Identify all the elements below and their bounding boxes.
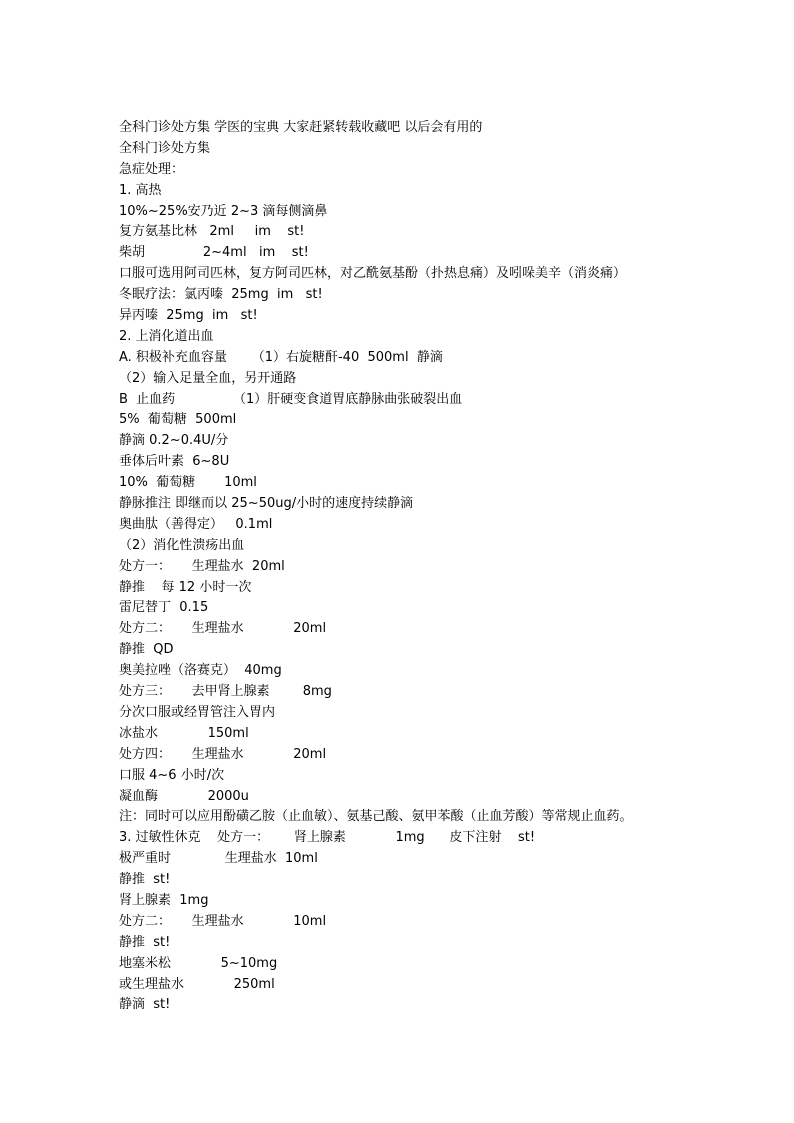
- text-line: 10%~25%安乃近 2~3 滴每侧滴鼻: [119, 202, 719, 223]
- text-line: 柴胡 2~4ml im st!: [119, 243, 719, 264]
- text-line: 地塞米松 5~10mg: [119, 954, 719, 975]
- text-line: 异丙嗪 25mg im st!: [119, 306, 719, 327]
- text-line: 垂体后叶素 6~8U: [119, 452, 719, 473]
- text-line: 处方二： 生理盐水 10ml: [119, 912, 719, 933]
- text-line: 处方二： 生理盐水 20ml: [119, 619, 719, 640]
- text-line: （2）输入足量全血，另开通路: [119, 369, 719, 390]
- text-line: 冰盐水 150ml: [119, 724, 719, 745]
- note-line: 注：同时可以应用酚磺乙胺（止血敏）、氨基己酸、氨甲苯酸（止血芳酸）等常规止血药。: [119, 807, 719, 828]
- text-line: 5% 葡萄糖 500ml: [119, 410, 719, 431]
- text-line: 口服可选用阿司匹林，复方阿司匹林，对乙酰氨基酚（扑热息痛）及吲哚美辛（消炎痛）: [119, 264, 719, 285]
- text-line: 静推 每 12 小时一次: [119, 578, 719, 599]
- text-line: B 止血药 （1）肝硬变食道胃底静脉曲张破裂出血: [119, 390, 719, 411]
- subsection-heading-high-fever: 1. 高热: [119, 181, 719, 202]
- document-subtitle: 全科门诊处方集: [119, 139, 719, 160]
- text-line: 分次口服或经胃管注入胃内: [119, 703, 719, 724]
- text-line: 凝血酶 2000u: [119, 787, 719, 808]
- subsection-heading-anaphylactic-shock: 3. 过敏性休克 处方一： 肾上腺素 1mg 皮下注射 st!: [119, 828, 719, 849]
- text-line: 静脉推注 即继而以 25~50ug/小时的速度持续静滴: [119, 494, 719, 515]
- text-line: 口服 4~6 小时/次: [119, 766, 719, 787]
- document-title-line: 全科门诊处方集 学医的宝典 大家赶紧转载收藏吧 以后会有用的: [119, 118, 719, 139]
- document-page: 全科门诊处方集 学医的宝典 大家赶紧转载收藏吧 以后会有用的 全科门诊处方集 急…: [119, 118, 719, 1016]
- text-line: 冬眠疗法：氯丙嗪 25mg im st!: [119, 285, 719, 306]
- text-line: 奥曲肽（善得定） 0.1ml: [119, 515, 719, 536]
- text-line: 雷尼替丁 0.15: [119, 598, 719, 619]
- subsection-heading-gi-bleeding: 2. 上消化道出血: [119, 327, 719, 348]
- section-heading-emergency: 急症处理：: [119, 160, 719, 181]
- text-line: 10% 葡萄糖 10ml: [119, 473, 719, 494]
- text-line: 或生理盐水 250ml: [119, 975, 719, 996]
- text-line: 处方四： 生理盐水 20ml: [119, 745, 719, 766]
- text-line: 静推 st!: [119, 870, 719, 891]
- text-line: 静滴 0.2~0.4U/分: [119, 431, 719, 452]
- text-line: 处方三： 去甲肾上腺素 8mg: [119, 682, 719, 703]
- text-line: 复方氨基比林 2ml im st!: [119, 222, 719, 243]
- text-line: 静推 st!: [119, 933, 719, 954]
- text-line: 极严重时 生理盐水 10ml: [119, 849, 719, 870]
- text-line: 静推 QD: [119, 640, 719, 661]
- text-line: 奥美拉唑（洛赛克） 40mg: [119, 661, 719, 682]
- text-line: 肾上腺素 1mg: [119, 891, 719, 912]
- text-line: （2）消化性溃疡出血: [119, 536, 719, 557]
- text-line: 静滴 st!: [119, 995, 719, 1016]
- text-line: A. 积极补充血容量 （1）右旋糖酐-40 500ml 静滴: [119, 348, 719, 369]
- text-line: 处方一： 生理盐水 20ml: [119, 557, 719, 578]
